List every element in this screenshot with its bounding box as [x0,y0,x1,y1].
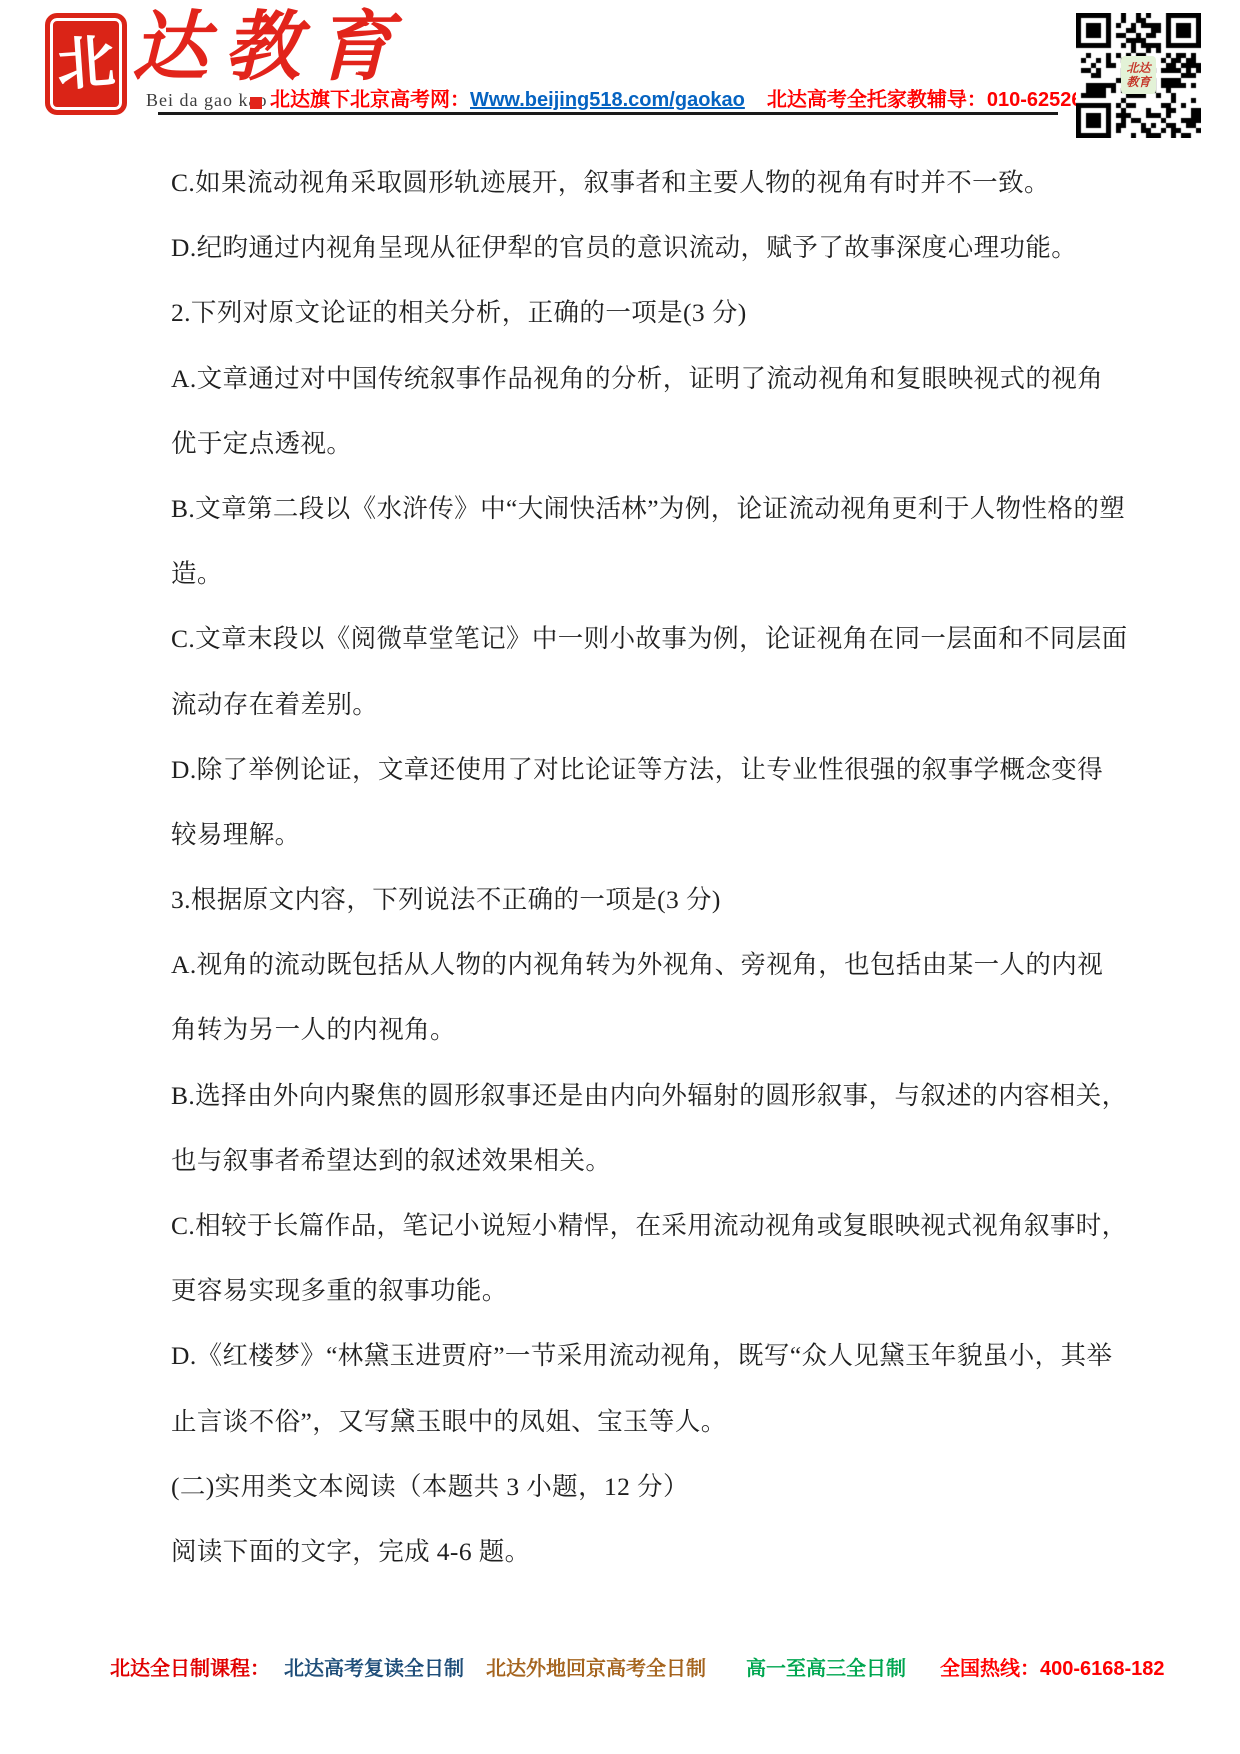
document-line: C.文章末段以《阅微草堂笔记》中一则小故事为例，论证视角在同一层面和不同层面 [171,606,1086,671]
document-line: 止言谈不俗”，又写黛玉眼中的凤姐、宝玉等人。 [171,1389,1086,1454]
document-line: 流动存在着差别。 [171,672,1086,737]
beida-seal-logo: 北 [45,13,127,115]
document-line: C.如果流动视角采取圆形轨迹展开，叙事者和主要人物的视角有时并不一致。 [171,150,1086,215]
document-line: A.文章通过对中国传统叙事作品视角的分析，证明了流动视角和复眼映视式的视角 [171,346,1086,411]
document-line: 造。 [171,541,1086,606]
footer-segment: 全国热线：400-6168-182 [940,1652,1165,1681]
footer-segment: 高一至高三全日制 [746,1652,906,1681]
qr-center-label: 北达 教育 [1121,56,1156,94]
qr-label-line1: 北达 [1126,61,1150,75]
footer-segment: 北达外地回京高考全日制 [486,1652,706,1681]
document-line: 较易理解。 [171,802,1086,867]
footer-segment: 北达高考复读全日制 [284,1652,464,1681]
logo-calligraphy-text: 达教育 [132,2,408,94]
document-line: 2.下列对原文论证的相关分析，正确的一项是(3 分) [171,280,1086,345]
document-line: D.《红楼梦》“林黛玉进贾府”一节采用流动视角，既写“众人见黛玉年貌虽小，其举 [171,1323,1086,1388]
document-line: 角转为另一人的内视角。 [171,997,1086,1062]
site-label: 北达旗下北京高考网： [270,83,470,112]
document-line: D.除了举例论证，文章还使用了对比论证等方法，让专业性很强的叙事学概念变得 [171,737,1086,802]
red-square-bullet-icon [250,97,262,109]
footer-segment: 北达全日制课程： [110,1652,270,1681]
seal-character: 北 [55,33,117,95]
document-line: 优于定点透视。 [171,411,1086,476]
exam-text-body: C.如果流动视角采取圆形轨迹展开，叙事者和主要人物的视角有时并不一致。D.纪昀通… [171,150,1086,1584]
document-line: B.选择由外向内聚焦的圆形叙事还是由内向外辐射的圆形叙事，与叙述的内容相关， [171,1063,1086,1128]
qr-label-line2: 教育 [1126,75,1150,89]
gaokao-site-link[interactable]: Www.beijing518.com/gaokao [470,89,745,112]
tutoring-label: 北达高考全托家教辅导： [767,83,987,112]
document-line: 阅读下面的文字，完成 4-6 题。 [171,1519,1086,1584]
document-line: 也与叙事者希望达到的叙述效果相关。 [171,1128,1086,1193]
document-line: C.相较于长篇作品，笔记小说短小精悍，在采用流动视角或复眼映视式视角叙事时， [171,1193,1086,1258]
header-contact-bar: 北达旗下北京高考网： Www.beijing518.com/gaokao 北达高… [270,83,1116,112]
exam-document-page: 北 达教育 Bei da gao kao 北达旗下北京高考网： Www.beij… [0,0,1240,1754]
document-line: (二)实用类文本阅读（本题共 3 小题，12 分） [171,1454,1086,1519]
document-line: 更容易实现多重的叙事功能。 [171,1258,1086,1323]
document-line: B.文章第二段以《水浒传》中“大闹快活林”为例，论证流动视角更利于人物性格的塑 [171,476,1086,541]
document-line: D.纪昀通过内视角呈现从征伊犁的官员的意识流动，赋予了故事深度心理功能。 [171,215,1086,280]
header-divider-line [158,112,1058,115]
footer-program-bar: 北达全日制课程：北达高考复读全日制北达外地回京高考全日制高一至高三全日制全国热线… [110,1652,1165,1681]
document-line: 3.根据原文内容，下列说法不正确的一项是(3 分) [171,867,1086,932]
document-line: A.视角的流动既包括从人物的内视角转为外视角、旁视角，也包括由某一人的内视 [171,932,1086,997]
